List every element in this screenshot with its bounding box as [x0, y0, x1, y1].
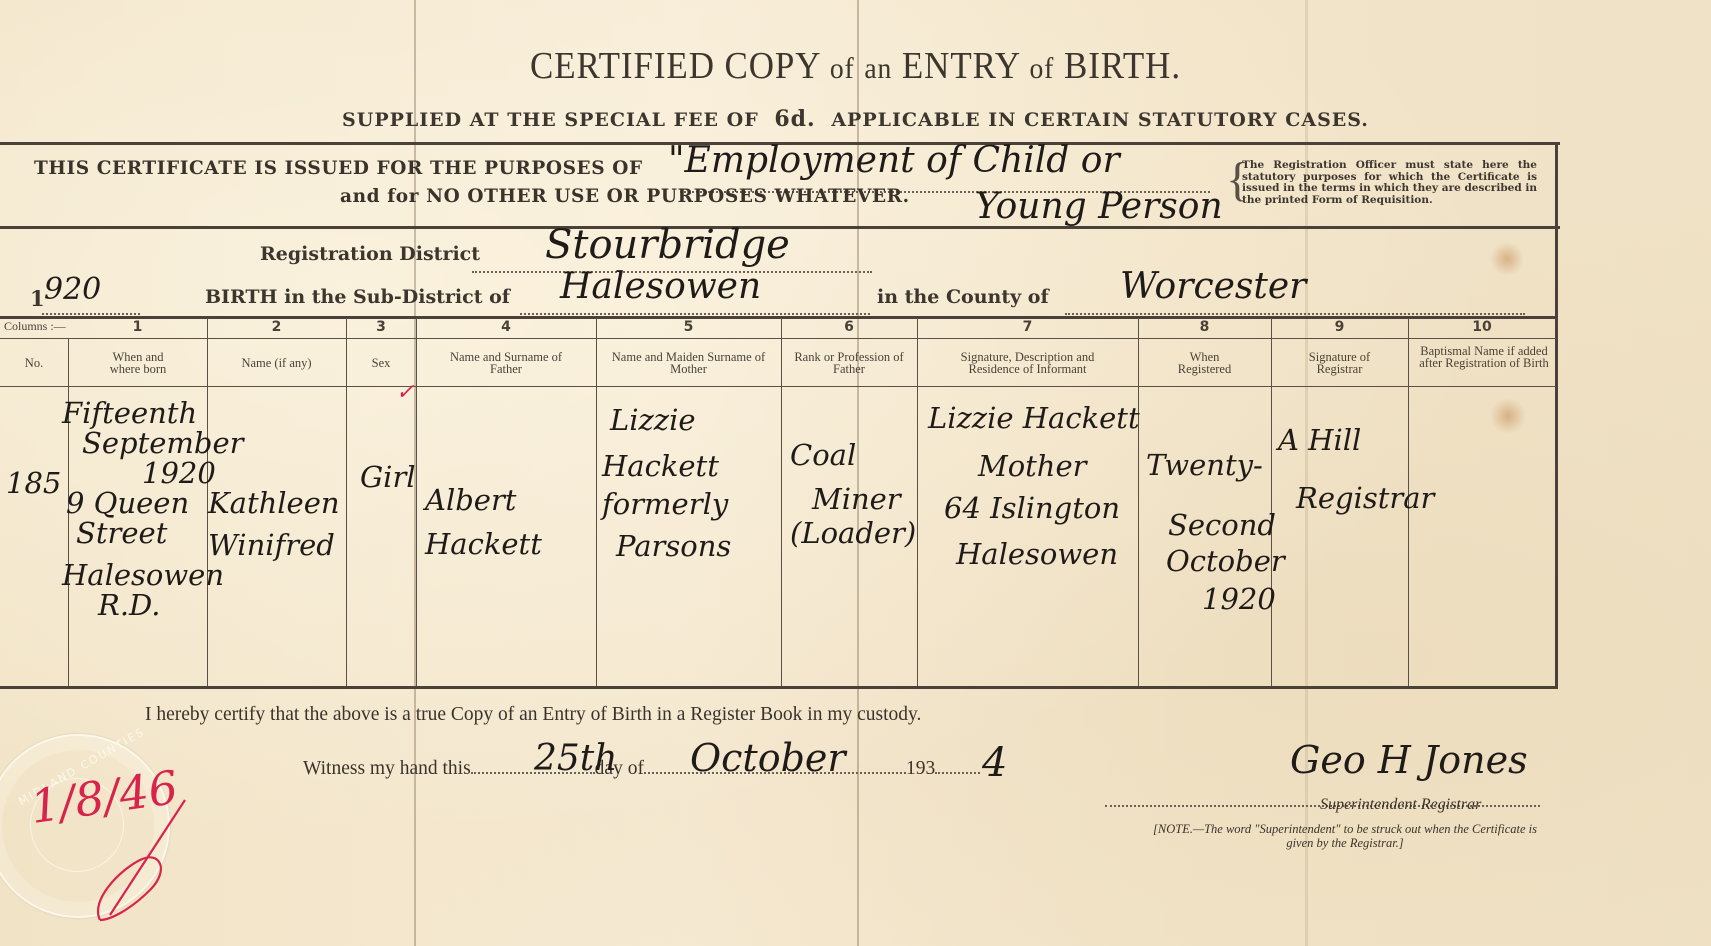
subdistrict-value: Halesowen [560, 266, 761, 307]
header-registrar: Signature of Registrar [1291, 351, 1388, 375]
column-number: 9 [1271, 319, 1408, 335]
column-number: 2 [207, 319, 346, 335]
column-number: 4 [416, 319, 596, 335]
entry-mother: Lizzie Hackett formerly Parsons [602, 405, 731, 561]
purpose-value-2: Young Person [975, 186, 1223, 227]
registration-officer-note: The Registration Officer must state here… [1242, 160, 1537, 206]
header-profession: Rank or Profession of Father [786, 351, 912, 375]
purpose-restriction: and for NO OTHER USE OR PURPOSES WHATEVE… [340, 186, 910, 207]
header-no: No. [0, 357, 68, 369]
county-value: Worcester [1120, 266, 1306, 307]
column-rule [781, 318, 782, 686]
entry-father: Albert Hackett [425, 485, 542, 559]
registrar-signature: Geo H Jones [1290, 738, 1528, 782]
red-tick-mark: ✓ [396, 380, 414, 405]
header-baptismal: Baptismal Name if added after Registrati… [1418, 345, 1550, 369]
column-number: 6 [781, 319, 917, 335]
rule [0, 386, 1556, 387]
header-name: Name (if any) [207, 357, 346, 369]
certification-statement: I hereby certify that the above is a tru… [145, 704, 921, 726]
column-rule [917, 318, 918, 686]
header-when-where: When and where born [96, 351, 180, 375]
header-mother: Name and Maiden Surname of Mother [606, 351, 771, 375]
entry-number: 185 [6, 468, 61, 498]
purpose-value: "Employment of Child or [668, 140, 1120, 181]
columns-label: Columns :— [4, 320, 66, 332]
county-label: in the County of [877, 286, 1049, 308]
column-number: 1 [68, 319, 207, 335]
rule [0, 338, 1556, 339]
column-rule [416, 318, 417, 686]
column-number: 10 [1408, 319, 1556, 335]
column-rule [346, 318, 347, 686]
signatory-title: Superintendent Registrar [1320, 796, 1481, 814]
entry-sex: Girl [360, 462, 416, 492]
header-father: Name and Surname of Father [446, 351, 566, 375]
entry-name: Kathleen Winifred [208, 488, 340, 560]
witness-year-value: 4 [982, 740, 1007, 786]
witness-line: Witness my hand thisday of193 [303, 758, 980, 780]
footnote: [NOTE.—The word "Superintendent" to be s… [1145, 822, 1545, 850]
column-number: 7 [917, 319, 1138, 335]
purpose-label: THIS CERTIFICATE IS ISSUED FOR THE PURPO… [34, 158, 643, 179]
column-number: 5 [596, 319, 781, 335]
entry-when-registered: Twenty- Second October 1920 [1146, 450, 1285, 614]
subdistrict-label: BIRTH in the Sub-District of [205, 286, 510, 308]
table-bottom-rule [0, 686, 1558, 689]
header-when-registered: When Registered [1168, 351, 1241, 375]
entry-baptismal [1410, 390, 1554, 680]
column-number: 8 [1138, 319, 1271, 335]
border-right [1555, 142, 1558, 687]
witness-day-value: 25th [534, 738, 617, 779]
column-rule [596, 318, 597, 686]
registration-district-label: Registration District [260, 243, 480, 265]
entry-profession: Coal Miner (Loader) [790, 440, 916, 548]
red-scribble-icon [60, 780, 190, 940]
registration-district-value: Stourbridge [545, 222, 790, 268]
document-subtitle: SUPPLIED AT THE SPECIAL FEE OF 6d. APPLI… [0, 106, 1711, 132]
header-informant: Signature, Description and Residence of … [945, 351, 1110, 375]
entry-informant: Lizzie Hackett Mother 64 Islington Hales… [928, 403, 1140, 569]
document-title: CERTIFIED COPY of an ENTRY of BIRTH. [68, 44, 1642, 88]
column-number: 3 [346, 319, 416, 335]
witness-month-value: October [690, 736, 846, 780]
header-sex: Sex [346, 357, 416, 369]
